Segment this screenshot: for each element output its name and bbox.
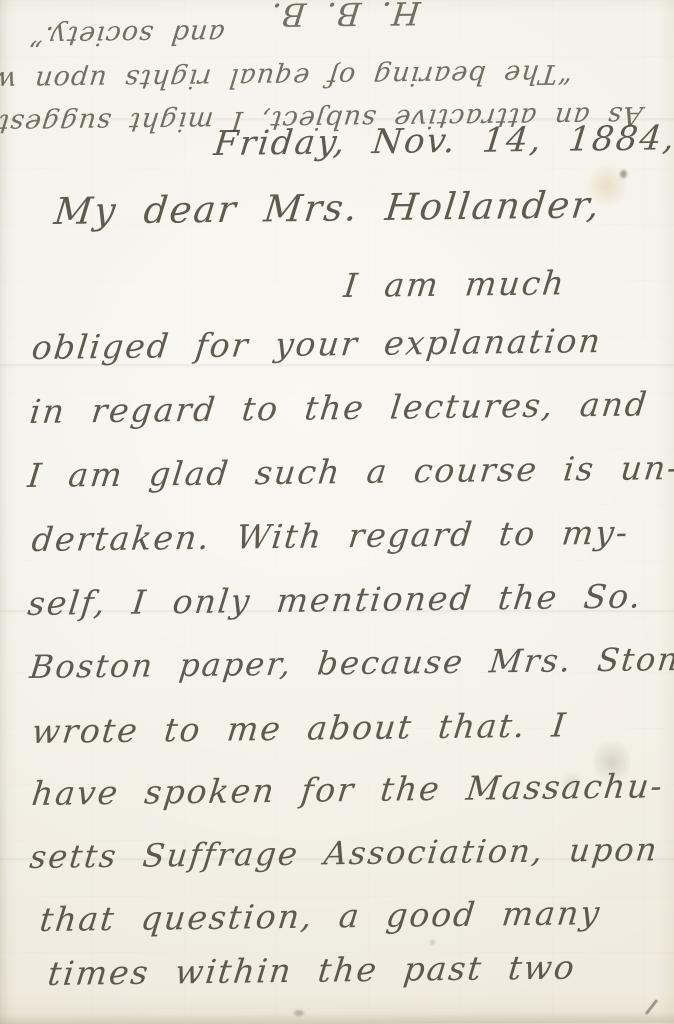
inverted-closing-initials: H. B. B. bbox=[268, 0, 422, 32]
inverted-closing-block: As an attractive subject, I might sugges… bbox=[0, 0, 674, 134]
body-line: wrote to me about that. I bbox=[30, 707, 569, 750]
letter-page: As an attractive subject, I might sugges… bbox=[0, 0, 674, 1024]
body-line: obliged for your explanation bbox=[30, 323, 604, 366]
ink-speck bbox=[620, 170, 627, 178]
body-line: have spoken for the Massachu- bbox=[30, 768, 666, 812]
body-line: dertaken. With regard to my- bbox=[30, 515, 631, 559]
body-line: in regard to the lectures, and bbox=[28, 386, 650, 430]
dateline: Friday, Nov. 14, 1884, bbox=[212, 120, 674, 163]
page-edge-shadow bbox=[0, 1012, 674, 1024]
salutation: My dear Mrs. Hollander, bbox=[52, 185, 603, 232]
body-line: I am glad such a course is un- bbox=[26, 450, 674, 494]
body-line: that question, a good many bbox=[38, 895, 603, 938]
inverted-closing-line: and society.” bbox=[27, 18, 226, 50]
body-line: self, I only mentioned the So. bbox=[26, 579, 644, 623]
body-line: I am much bbox=[342, 265, 568, 304]
body-line: times within the past two bbox=[46, 950, 578, 993]
body-line: setts Suffrage Association, upon bbox=[28, 832, 660, 875]
ink-speck bbox=[430, 940, 435, 945]
inverted-closing-line: “The bearing of equal rights upon women bbox=[0, 58, 574, 96]
body-line: Boston paper, because Mrs. Stone bbox=[28, 642, 674, 685]
